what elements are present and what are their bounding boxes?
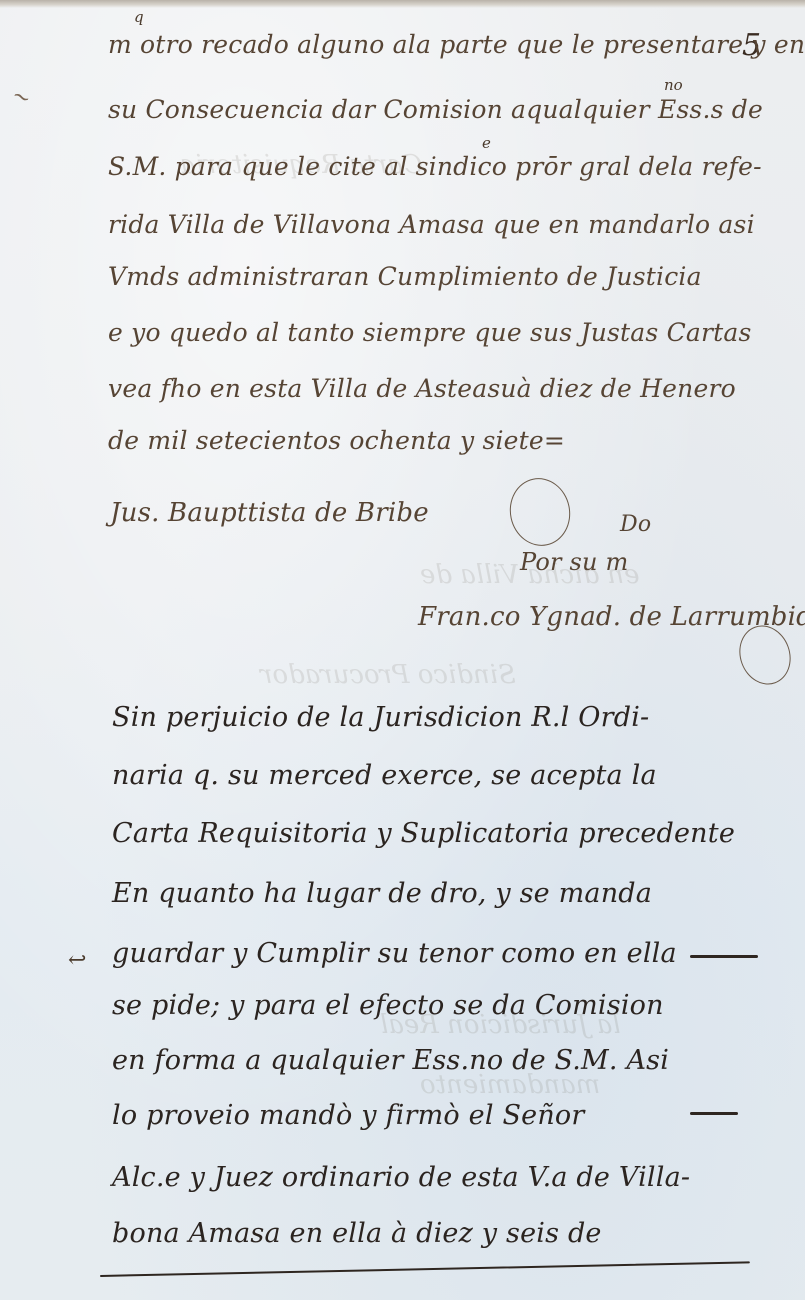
manuscript-line: vea fho en esta Villa de Asteasuà diez d… (108, 374, 736, 403)
closing-underline (100, 1261, 750, 1277)
manuscript-line: en forma a qualquier Ess.no de S.M. Asi (112, 1045, 669, 1076)
manuscript-line: Carta Requisitoria y Suplicatoria preced… (112, 818, 735, 849)
manuscript-line: Alc.e y Juez ordinario de esta V.a de Vi… (112, 1162, 690, 1193)
manuscript-line: e yo quedo al tanto siempre que sus Just… (108, 318, 752, 347)
manuscript-line: de mil setecientos ochenta y siete= (108, 426, 565, 455)
line-end-flourish (690, 1112, 738, 1115)
witness-line: Por su m (520, 548, 629, 576)
page-top-edge (0, 0, 805, 8)
superscript-e: e (482, 134, 491, 152)
signature-1: Jus. Baupttista de Bribe (110, 498, 429, 528)
signature-2: Fran.co Ygnad. de Larrumbide (418, 602, 805, 632)
manuscript-line: En quanto ha lugar de dro, y se manda (112, 878, 652, 909)
bleed-through-text: Sindico Procurador (260, 660, 516, 690)
signature-rubric-1 (504, 473, 577, 552)
witness-prefix: Do (620, 512, 651, 537)
manuscript-line: naria q. su merced exerce, se acepta la (112, 760, 657, 791)
manuscript-line: rida Villa de Villavona Amasa que en man… (108, 210, 755, 239)
margin-flourish-mark: ↩ (68, 948, 86, 973)
manuscript-line: Sin perjuicio de la Jurisdicion R.l Ordi… (112, 702, 649, 733)
manuscript-line: S.M. para que le cite al sindico prōr gr… (108, 152, 762, 181)
margin-stain-mark: ~ (8, 82, 35, 112)
superscript-no: no (664, 76, 683, 94)
superscript-q: q (134, 8, 144, 26)
manuscript-line: bona Amasa en ella à diez y seis de (112, 1218, 602, 1249)
manuscript-page: Carta Requisitoria en dicha Villa de Sin… (0, 0, 805, 1300)
manuscript-line: Vmds administraran Cumplimiento de Justi… (108, 262, 702, 291)
manuscript-line: guardar y Cumplir su tenor como en ella (112, 938, 677, 969)
manuscript-line: m otro recado alguno ala parte que le pr… (108, 30, 805, 59)
line-end-flourish (690, 955, 758, 958)
manuscript-line: lo proveio mandò y firmò el Señor (112, 1100, 584, 1131)
manuscript-line: su Consecuencia dar Comision aqualquier … (108, 95, 763, 124)
manuscript-line: se pide; y para el efecto se da Comision (112, 990, 664, 1021)
